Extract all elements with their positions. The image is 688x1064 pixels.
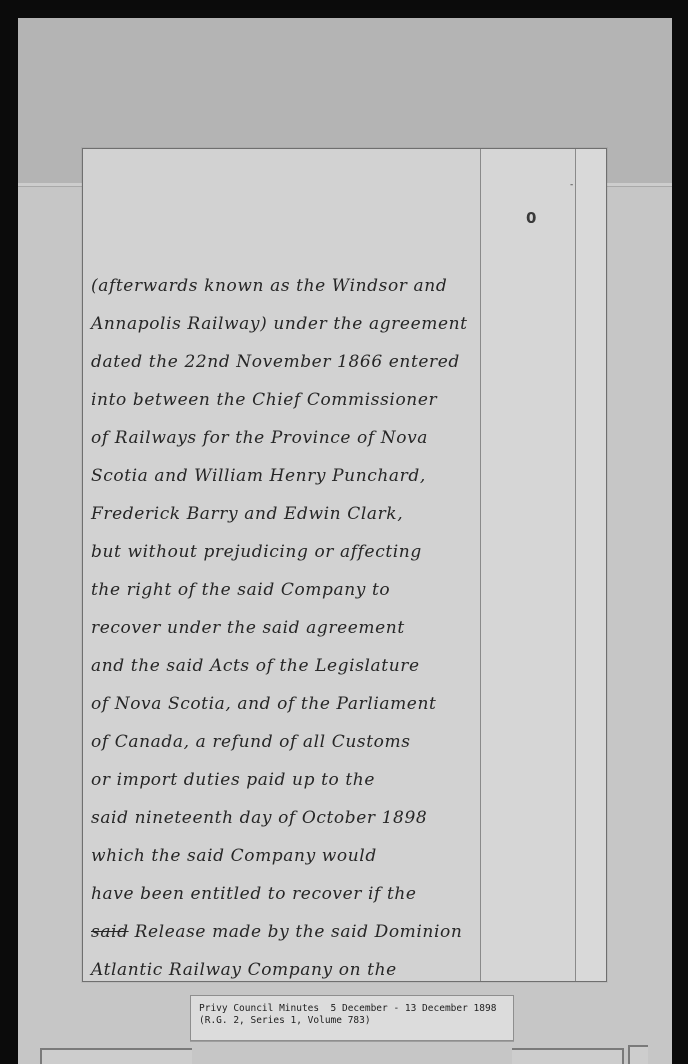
text-line: Annapolis Railway) under the agreement [91,305,491,343]
manuscript-page: - 0 (afterwards known as the Windsor and… [82,148,607,982]
text-line-with-strikeout: said Release made by the said Dominion [91,913,491,951]
text-line: or import duties paid up to the [91,761,491,799]
text-line: which the said Company would [91,837,491,875]
text-line: of Railways for the Province of Nova [91,419,491,457]
binder-tab-far-right [628,1045,648,1064]
label-line-2: (R.G. 2, Series 1, Volume 783) [199,1015,371,1026]
text-line: dated the 22nd November 1866 entered [91,343,491,381]
text-line: said nineteenth day of October 1898 [91,799,491,837]
text-line: have been entitled to recover if the [91,875,491,913]
struck-word: said [91,922,129,942]
text-line: into between the Chief Commissioner [91,381,491,419]
margin-column [481,149,576,981]
text-line: recover under the said agreement [91,609,491,647]
text-line: the right of the said Company to [91,571,491,609]
text-line-remainder: Release made by the said Dominion [129,922,463,942]
folio-mark: 0 [526,209,536,227]
handwritten-text: (afterwards known as the Windsor and Ann… [91,267,491,1027]
page-edge-strip [576,149,606,981]
text-line: and the said Acts of the Legislature [91,647,491,685]
text-line: (afterwards known as the Windsor and [91,267,491,305]
archive-label: Privy Council Minutes 5 December - 13 De… [190,995,514,1041]
text-line: Atlantic Railway Company on the [91,951,491,989]
binder-tab-left [40,1048,192,1064]
text-line: but without prejudicing or affecting [91,533,491,571]
label-line-1: Privy Council Minutes 5 December - 13 De… [199,1003,496,1014]
margin-tick-mark: - [570,181,573,190]
text-line: Scotia and William Henry Punchard, [91,457,491,495]
text-line: of Canada, a refund of all Customs [91,723,491,761]
text-line: of Nova Scotia, and of the Parliament [91,685,491,723]
archive-label-text: Privy Council Minutes 5 December - 13 De… [199,1003,496,1027]
binder-tab-right [512,1048,624,1064]
text-line: Frederick Barry and Edwin Clark, [91,495,491,533]
